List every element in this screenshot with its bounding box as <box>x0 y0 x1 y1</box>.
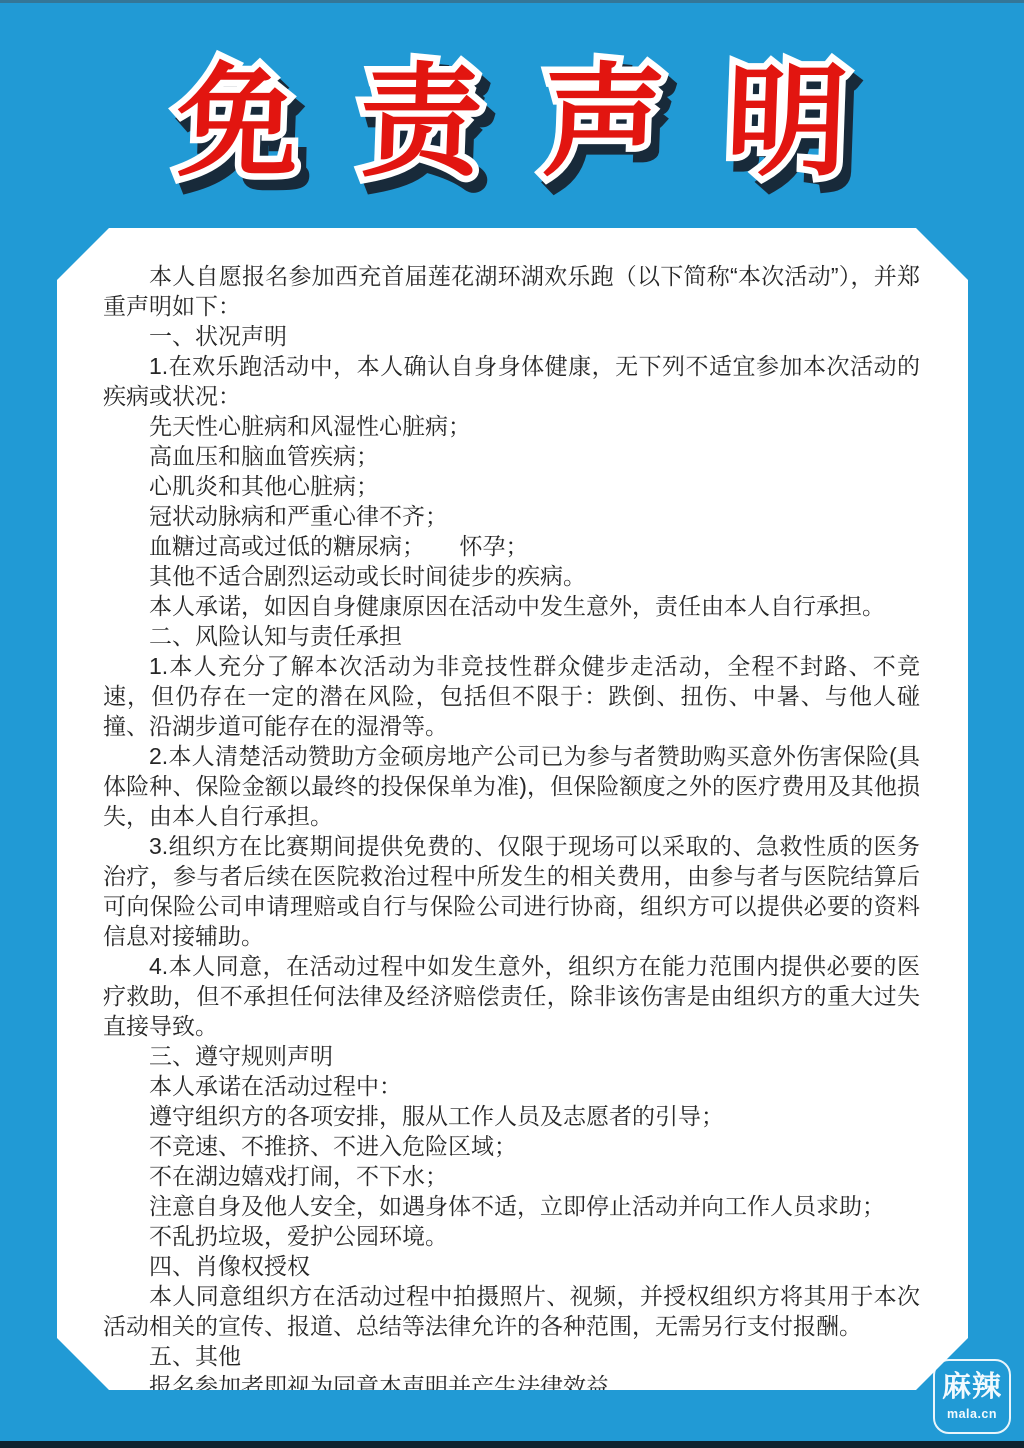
paragraph: 不竞速、不推挤、不进入危险区域； <box>103 1131 920 1161</box>
paragraph: 3.组织方在比赛期间提供免费的、仅限于现场可以采取的、急救性质的医务治疗，参与者… <box>103 831 920 951</box>
paragraph: 遵守组织方的各项安排，服从工作人员及志愿者的引导； <box>103 1101 920 1131</box>
paragraph: 冠状动脉病和严重心律不齐； <box>103 501 920 531</box>
bottom-edge-bar <box>0 1441 1024 1448</box>
page-title: 免责声明 免责声明 免责声明 <box>174 54 911 191</box>
paragraph: 高血压和脑血管疾病； <box>103 441 920 471</box>
paragraph: 其他不适合剧烈运动或长时间徒步的疾病。 <box>103 561 920 591</box>
mala-watermark-badge: 麻辣 mala.cn <box>933 1359 1011 1434</box>
mala-site-text: mala.cn <box>947 1408 997 1421</box>
top-edge-line <box>0 0 1024 3</box>
page-title-text: 免责声明 <box>174 54 911 190</box>
paragraph: 二、风险认知与责任承担 <box>103 621 920 651</box>
paragraph: 1.在欢乐跑活动中，本人确认自身身体健康，无下列不适宜参加本次活动的疾病或状况： <box>103 351 920 411</box>
paragraph: 五、其他 <box>103 1341 920 1371</box>
paragraph: 2.本人清楚活动赞助方金硕房地产公司已为参与者赞助购买意外伤害保险(具体险种、保… <box>103 741 920 831</box>
paragraph: 不乱扔垃圾，爱护公园环境。 <box>103 1221 920 1251</box>
paragraph: 三、遵守规则声明 <box>103 1041 920 1071</box>
paragraph: 1.本人充分了解本次活动为非竞技性群众健步走活动，全程不封路、不竞速，但仍存在一… <box>103 651 920 741</box>
paragraph: 心肌炎和其他心脏病； <box>103 471 920 501</box>
paragraph: 血糖过高或过低的糖尿病； 怀孕； <box>103 531 920 561</box>
paragraph: 一、状况声明 <box>103 321 920 351</box>
paragraph: 本人承诺在活动过程中： <box>103 1071 920 1101</box>
paragraph: 不在湖边嬉戏打闹，不下水； <box>103 1161 920 1191</box>
paragraph: 报名参加者即视为同意本声明并产生法律效益 <box>103 1371 920 1401</box>
paragraph: 本人自愿报名参加西充首届莲花湖环湖欢乐跑（以下简称“本次活动”），并郑重声明如下… <box>103 261 920 321</box>
disclaimer-panel: 本人自愿报名参加西充首届莲花湖环湖欢乐跑（以下简称“本次活动”），并郑重声明如下… <box>57 228 968 1390</box>
paragraph: 4.本人同意，在活动过程中如发生意外，组织方在能力范围内提供必要的医疗救助，但不… <box>103 951 920 1041</box>
disclaimer-body: 本人自愿报名参加西充首届莲花湖环湖欢乐跑（以下简称“本次活动”），并郑重声明如下… <box>57 228 968 1401</box>
paragraph: 本人承诺，如因自身健康原因在活动中发生意外，责任由本人自行承担。 <box>103 591 920 621</box>
poster-title-area: 免责声明 免责声明 免责声明 <box>0 54 1024 191</box>
mala-logo-text: 麻辣 <box>942 1373 1002 1402</box>
paragraph: 本人同意组织方在活动过程中拍摄照片、视频，并授权组织方将其用于本次活动相关的宣传… <box>103 1281 920 1341</box>
paragraph: 注意自身及他人安全，如遇身体不适，立即停止活动并向工作人员求助； <box>103 1191 920 1221</box>
paragraph: 四、肖像权授权 <box>103 1251 920 1281</box>
disclaimer-poster: 免责声明 免责声明 免责声明 本人自愿报名参加西充首届莲花湖环湖欢乐跑（以下简称… <box>0 0 1024 1448</box>
paragraph: 先天性心脏病和风湿性心脏病； <box>103 411 920 441</box>
